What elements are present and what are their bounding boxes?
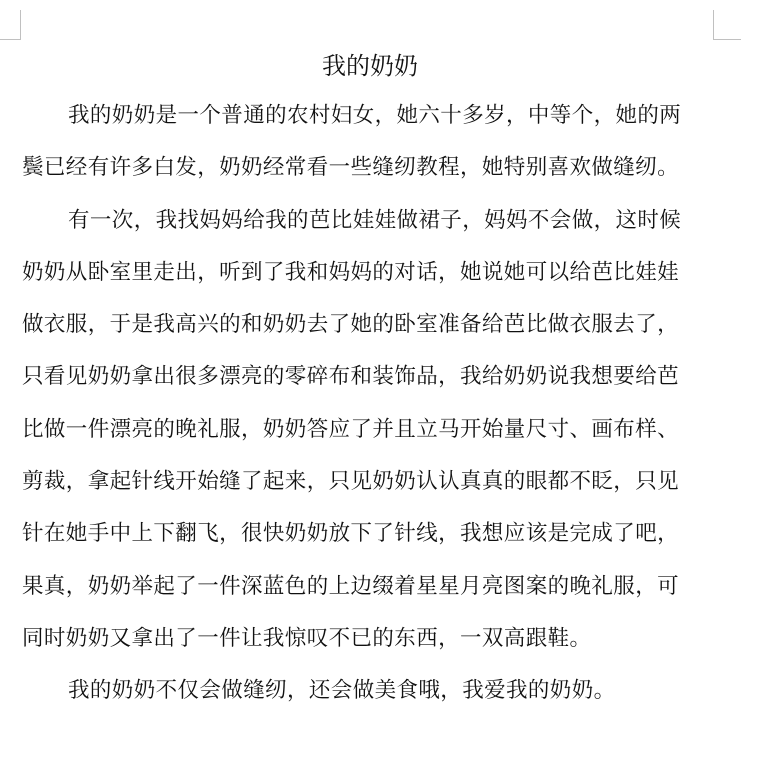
- text-line: 针在她手中上下翻飞，很快奶奶放下了针线，我想应该是完成了吧，: [22, 508, 718, 560]
- text-line: 比做一件漂亮的晚礼服，奶奶答应了并且立马开始量尺寸、画布样、: [22, 404, 718, 456]
- text-line: 我的奶奶不仅会做缝纫，还会做美食哦，我爱我的奶奶。: [22, 665, 718, 717]
- document-title: 我的奶奶: [22, 44, 718, 88]
- paragraph-1: 我的奶奶是一个普通的农村妇女，她六十多岁，中等个，她的两 鬓已经有许多白发，奶奶…: [22, 90, 718, 195]
- text-line: 做衣服，于是我高兴的和奶奶去了她的卧室准备给芭比做衣服去了，: [22, 299, 718, 351]
- page-corner-mark-top-right: [713, 10, 741, 40]
- text-line: 有一次，我找妈妈给我的芭比娃娃做裙子，妈妈不会做，这时候: [22, 195, 718, 247]
- text-line: 只看见奶奶拿出很多漂亮的零碎布和装饰品，我给奶奶说我想要给芭: [22, 351, 718, 403]
- text-line: 剪裁，拿起针线开始缝了起来，只见奶奶认认真真的眼都不眨，只见: [22, 456, 718, 508]
- text-line: 奶奶从卧室里走出，听到了我和妈妈的对话，她说她可以给芭比娃娃: [22, 247, 718, 299]
- text-line: 同时奶奶又拿出了一件让我惊叹不已的东西，一双高跟鞋。: [22, 613, 718, 665]
- text-line: 果真，奶奶举起了一件深蓝色的上边缀着星星月亮图案的晚礼服，可: [22, 561, 718, 613]
- paragraph-2: 有一次，我找妈妈给我的芭比娃娃做裙子，妈妈不会做，这时候 奶奶从卧室里走出，听到…: [22, 195, 718, 666]
- page-corner-mark-top-left: [0, 10, 21, 40]
- text-line: 鬓已经有许多白发，奶奶经常看一些缝纫教程，她特别喜欢做缝纫。: [22, 142, 718, 194]
- document-page: 我的奶奶 我的奶奶是一个普通的农村妇女，她六十多岁，中等个，她的两 鬓已经有许多…: [22, 44, 718, 718]
- text-line: 我的奶奶是一个普通的农村妇女，她六十多岁，中等个，她的两: [22, 90, 718, 142]
- paragraph-3: 我的奶奶不仅会做缝纫，还会做美食哦，我爱我的奶奶。: [22, 665, 718, 717]
